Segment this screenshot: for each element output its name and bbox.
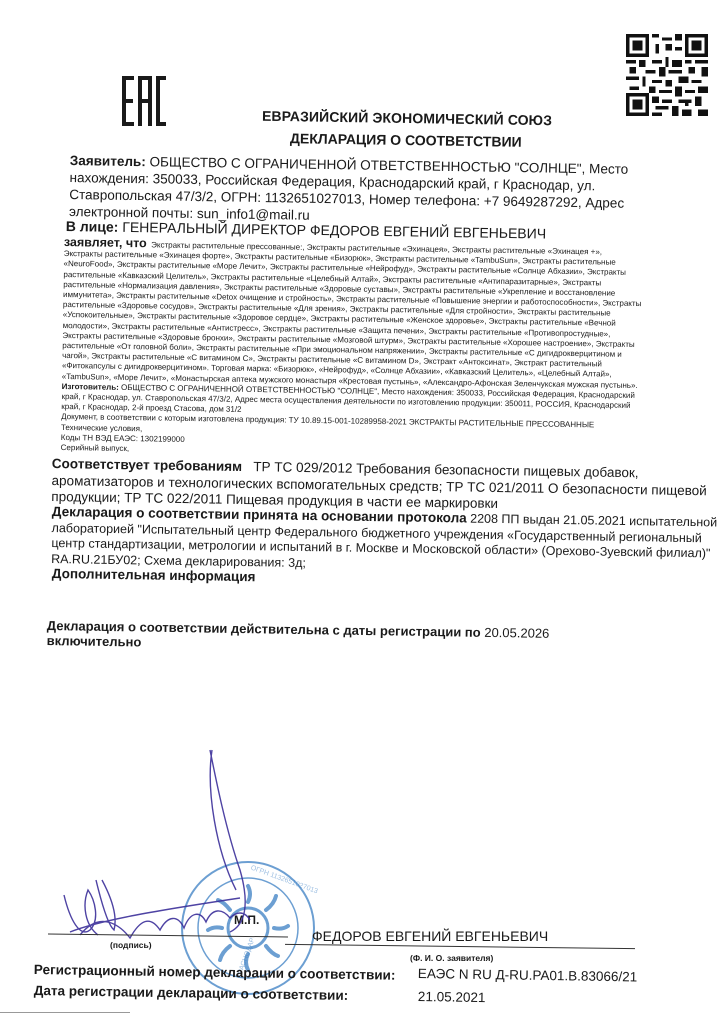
eac-logo-icon bbox=[122, 76, 166, 126]
protocol-section: Декларация о соответствии принята на осн… bbox=[51, 504, 722, 578]
signature-icon bbox=[40, 720, 270, 950]
signatory-name-caption: (Ф. И. О. заявителя) bbox=[410, 953, 493, 963]
manufacturer-label: Изготовитель: bbox=[62, 382, 119, 392]
union-heading: ЕВРАЗИЙСКИЙ ЭКОНОМИЧЕСКИЙ СОЮЗ bbox=[262, 108, 552, 129]
compliance-label: Соответствует требованиям bbox=[52, 456, 242, 474]
registration-number: ЕАЭС N RU Д-RU.PA01.B.83066/21 bbox=[418, 966, 638, 984]
applicant-section: Заявитель: ОБЩЕСТВО С ОГРАНИЧЕННОЙ ОТВЕТ… bbox=[69, 152, 690, 230]
additional-info-label: Дополнительная информация bbox=[52, 566, 256, 584]
signature-caption: (подпись) bbox=[110, 940, 152, 950]
validity-suffix: включительно bbox=[47, 633, 142, 649]
page-edge-line bbox=[0, 1012, 130, 1013]
registration-number-label: Регистрационный номер декларации о соотв… bbox=[34, 962, 396, 983]
document-title: ДЕКЛАРАЦИЯ О СООТВЕТСТВИИ bbox=[290, 130, 522, 150]
name-line bbox=[285, 944, 635, 949]
represented-label: В лице: bbox=[66, 218, 119, 235]
signatory-name: ФЕДОРОВ ЕВГЕНИЙ ЕВГЕНЬЕВИЧ bbox=[312, 928, 548, 944]
registration-date: 21.05.2021 bbox=[418, 989, 486, 1005]
validity-date: 20.05.2026 bbox=[484, 625, 549, 641]
declares-label: заявляет, что bbox=[64, 237, 147, 250]
qr-code-icon[interactable] bbox=[626, 34, 708, 116]
validity-section: Декларация о соответствии действительна … bbox=[47, 618, 607, 657]
applicant-label: Заявитель: bbox=[70, 153, 146, 169]
declares-section: заявляет, что Экстракты растительные пре… bbox=[61, 237, 712, 463]
